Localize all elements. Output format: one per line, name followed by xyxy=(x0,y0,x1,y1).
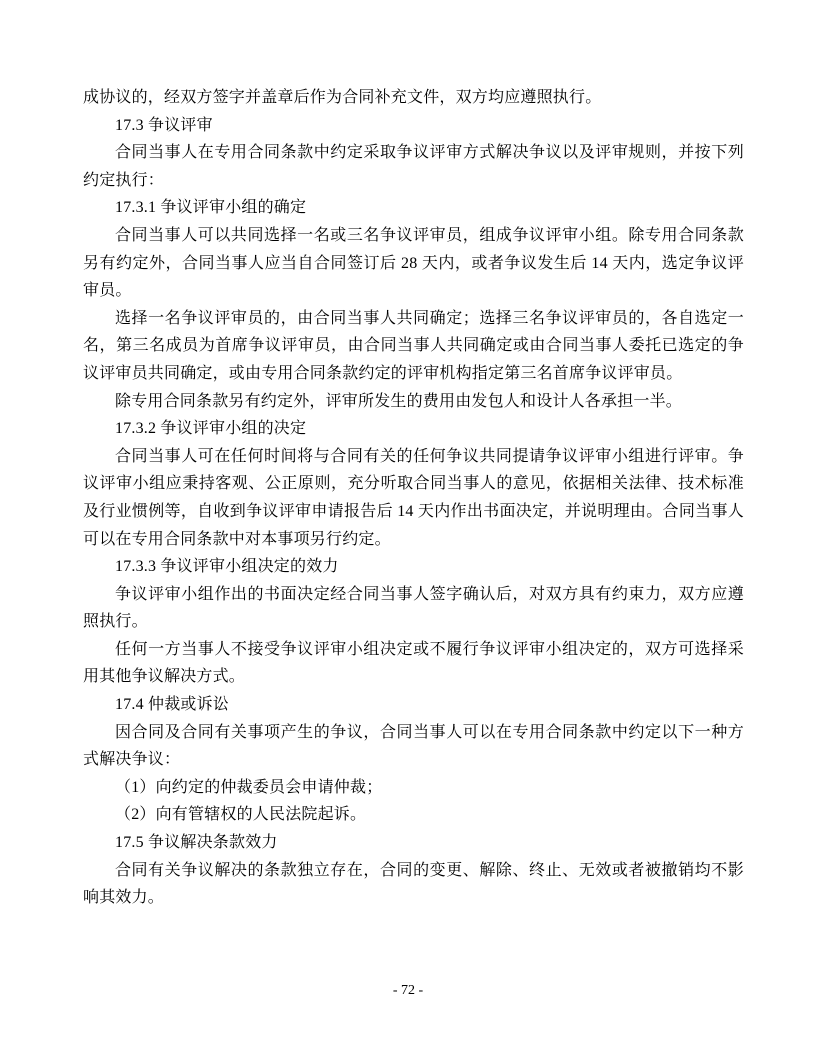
section-heading: 17.3.1 争议评审小组的确定 xyxy=(83,194,744,222)
paragraph: 任何一方当事人不接受争议评审小组决定或不履行争议评审小组决定的，双方可选择采用其… xyxy=(83,636,744,691)
section-heading: 17.3.2 争议评审小组的决定 xyxy=(83,415,744,443)
section-heading: 17.3 争议评审 xyxy=(83,112,744,140)
section-heading: 17.5 争议解决条款效力 xyxy=(83,829,744,857)
paragraph: 成协议的，经双方签字并盖章后作为合同补充文件，双方均应遵照执行。 xyxy=(83,84,744,112)
document-body: 成协议的，经双方签字并盖章后作为合同补充文件，双方均应遵照执行。17.3 争议评… xyxy=(83,84,744,912)
paragraph: 合同有关争议解决的条款独立存在，合同的变更、解除、终止、无效或者被撤销均不影响其… xyxy=(83,857,744,912)
paragraph: （2）向有管辖权的人民法院起诉。 xyxy=(83,801,744,829)
document-page: 成协议的，经双方签字并盖章后作为合同补充文件，双方均应遵照执行。17.3 争议评… xyxy=(0,0,816,1056)
paragraph: （1）向约定的仲裁委员会申请仲裁； xyxy=(83,774,744,802)
paragraph: 合同当事人可在任何时间将与合同有关的任何争议共同提请争议评审小组进行评审。争议评… xyxy=(83,443,744,553)
paragraph: 除专用合同条款另有约定外，评审所发生的费用由发包人和设计人各承担一半。 xyxy=(83,388,744,416)
paragraph: 合同当事人可以共同选择一名或三名争议评审员，组成争议评审小组。除专用合同条款另有… xyxy=(83,222,744,305)
section-heading: 17.4 仲裁或诉讼 xyxy=(83,691,744,719)
section-heading: 17.3.3 争议评审小组决定的效力 xyxy=(83,553,744,581)
paragraph: 争议评审小组作出的书面决定经合同当事人签字确认后，对双方具有约束力，双方应遵照执… xyxy=(83,581,744,636)
paragraph: 因合同及合同有关事项产生的争议，合同当事人可以在专用合同条款中约定以下一种方式解… xyxy=(83,719,744,774)
paragraph: 合同当事人在专用合同条款中约定采取争议评审方式解决争议以及评审规则，并按下列约定… xyxy=(83,139,744,194)
page-number: - 72 - xyxy=(393,983,423,998)
page-footer: - 72 - xyxy=(0,982,816,1000)
paragraph: 选择一名争议评审员的，由合同当事人共同确定；选择三名争议评审员的，各自选定一名，… xyxy=(83,305,744,388)
